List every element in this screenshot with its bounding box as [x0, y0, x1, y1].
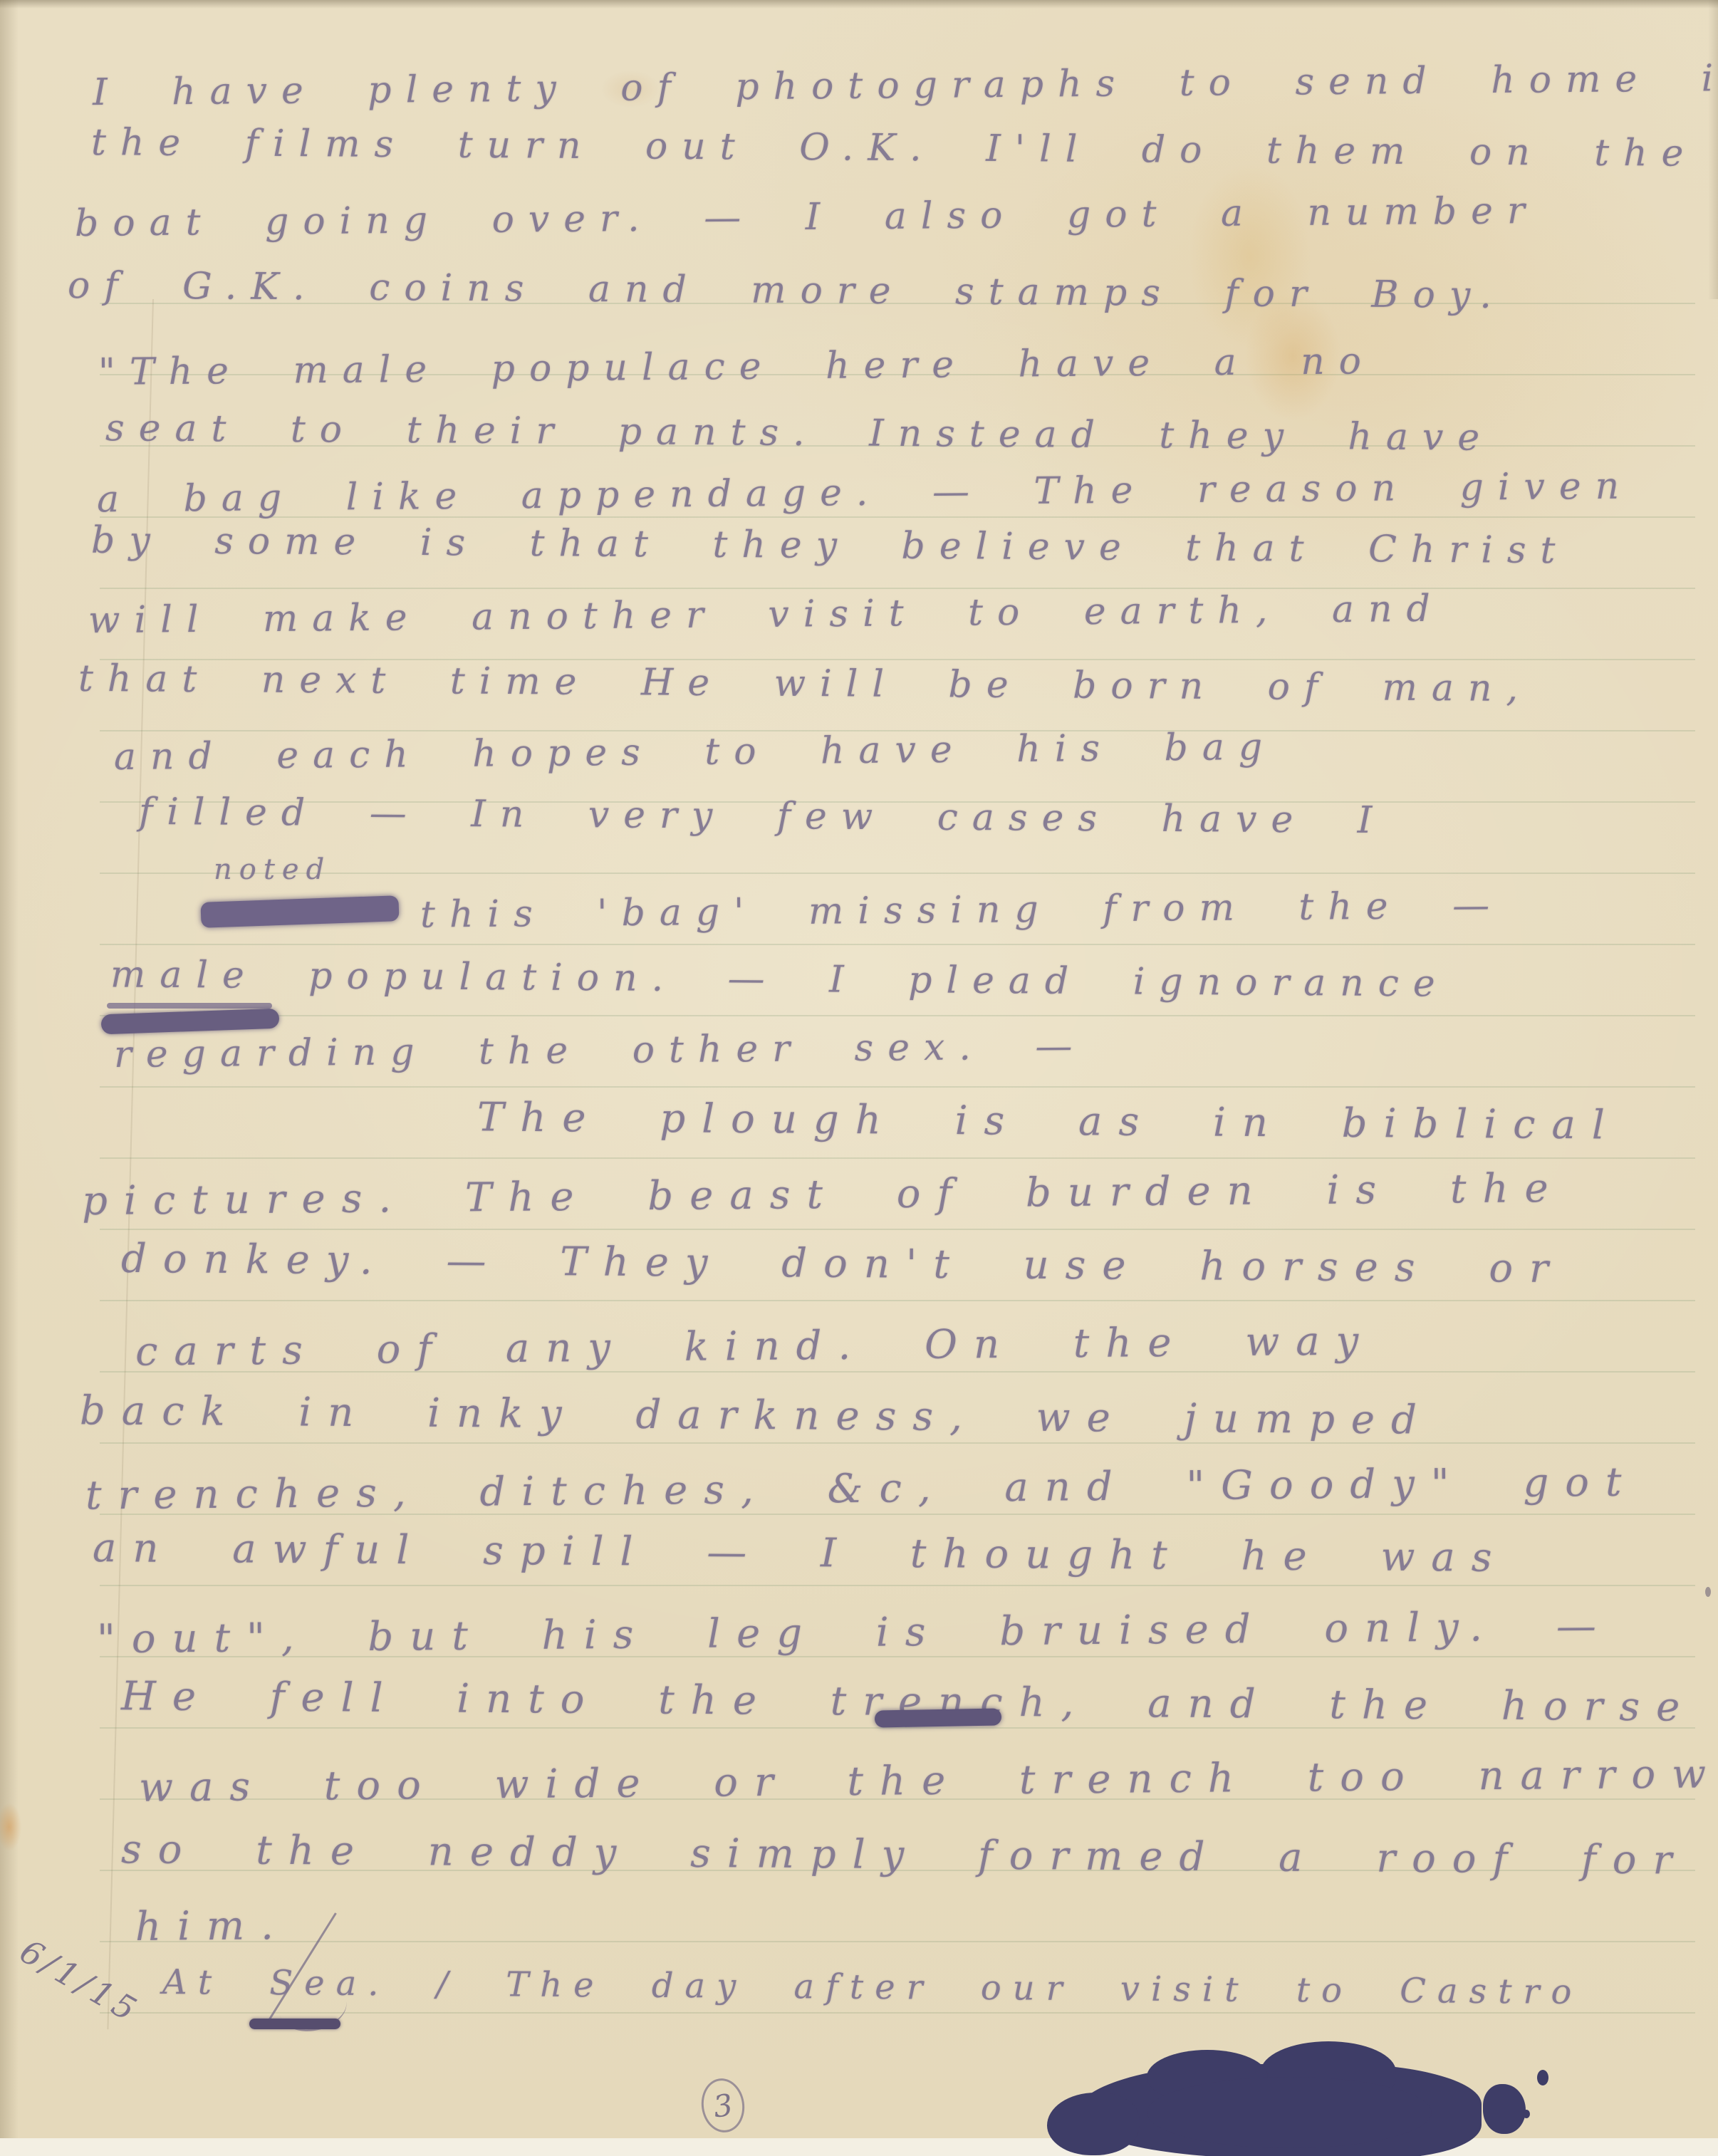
- ink-blot: [1047, 2041, 1560, 2156]
- stain: [0, 1795, 26, 1859]
- strike-through-mark: [875, 1708, 1001, 1727]
- handwritten-line: The plough is as in biblical: [477, 1094, 1621, 1148]
- inserted-word: noted: [214, 853, 331, 886]
- paper-edge-right: [1708, 0, 1718, 299]
- underline-mark: [107, 1003, 272, 1009]
- handwritten-line: I have plenty of photographs to send hom…: [93, 57, 1718, 114]
- handwritten-line: the films turn out O.K. I'll do them on …: [91, 121, 1698, 175]
- underline-mark: [249, 2019, 340, 2029]
- handwritten-line: regarding the other sex. —: [114, 1025, 1087, 1076]
- page-number-circle: 3: [698, 2076, 748, 2135]
- handwritten-line: filled — In very few cases have I: [139, 791, 1387, 842]
- paper-edge-top: [0, 0, 1718, 9]
- handwritten-line: him.: [135, 1902, 290, 1950]
- handwritten-line: back in inky darkness, we jumped: [80, 1387, 1433, 1443]
- handwritten-line: an awful spill — I thought he was: [93, 1525, 1509, 1581]
- page-number: 3: [711, 2087, 734, 2124]
- handwritten-letter-page: I have plenty of photographs to send hom…: [0, 0, 1718, 2156]
- speck: [1705, 1587, 1711, 1597]
